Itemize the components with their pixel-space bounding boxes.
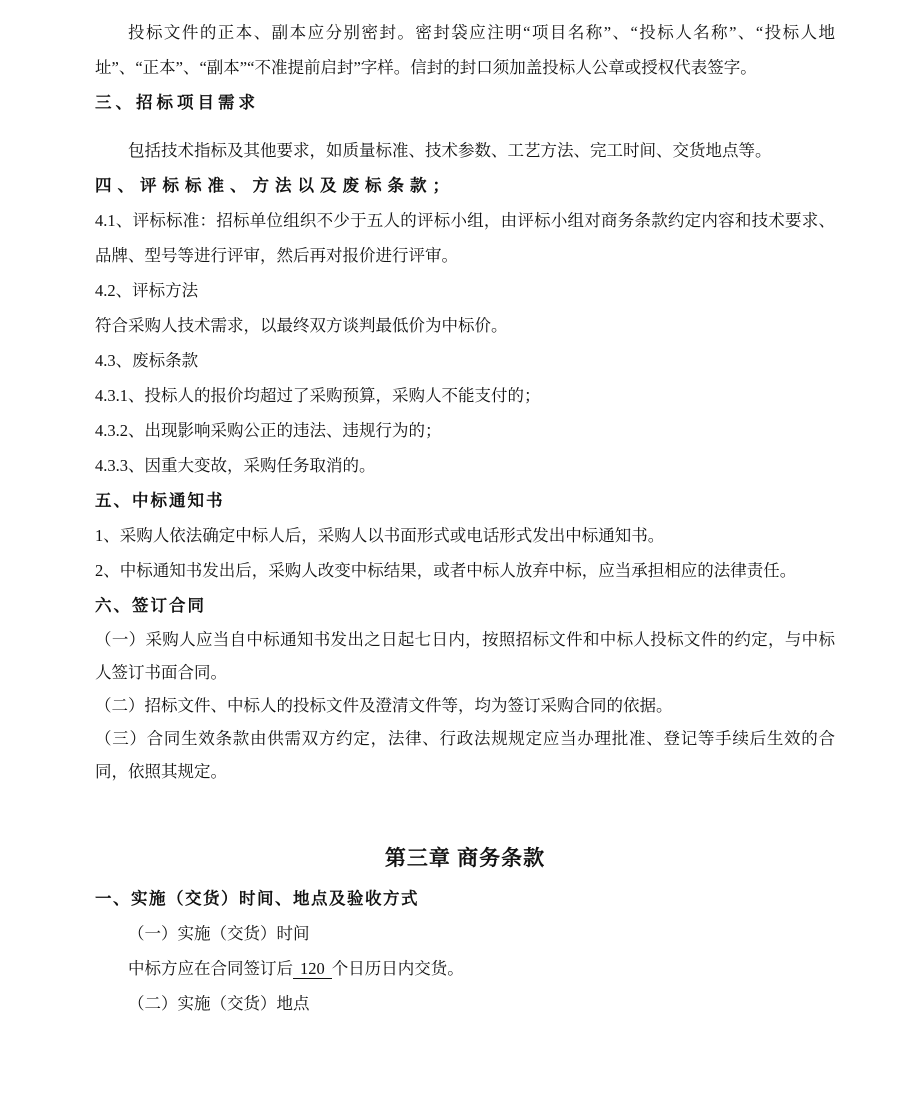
- paragraph-clause-4-3-1: 4.3.1、投标人的报价均超过了采购预算，采购人不能支付的；: [95, 378, 835, 413]
- paragraph-delivery-time-heading: （一）实施（交货）时间: [95, 916, 835, 951]
- paragraph-contract-clause-1: （一）采购人应当自中标通知书发出之日起七日内，按照招标文件和中标人投标文件的约定…: [95, 623, 835, 689]
- paragraph-clause-4-2: 4.2、评标方法: [95, 273, 835, 308]
- paragraph-contract-clause-3: （三）合同生效条款由供需双方约定，法律、行政法规规定应当办理批准、登记等手续后生…: [95, 722, 835, 788]
- paragraph-delivery-time-body: 中标方应在合同签订后120个日历日内交货。: [95, 951, 835, 986]
- paragraph-clause-4-2-body: 符合采购人技术需求，以最终双方谈判最低价为中标价。: [95, 308, 835, 343]
- paragraph-contract-clause-2: （二）招标文件、中标人的投标文件及澄清文件等，均为签订采购合同的依据。: [95, 689, 835, 722]
- document-page: 投标文件的正本、副本应分别密封。密封袋应注明“项目名称”、“投标人名称”、“投标…: [0, 0, 900, 1098]
- paragraph-notice-clause-1: 1、采购人依法确定中标人后，采购人以书面形式或电话形式发出中标通知书。: [95, 518, 835, 553]
- heading-section-3-tender-requirements: 三、招标项目需求: [95, 85, 835, 120]
- paragraph-delivery-place-heading: （二）实施（交货）地点: [95, 986, 835, 1021]
- paragraph-requirements-body: 包括技术指标及其他要求，如质量标准、技术参数、工艺方法、完工时间、交货地点等。: [95, 133, 835, 168]
- delivery-days-value: 120: [293, 959, 332, 979]
- paragraph-clause-4-3-2: 4.3.2、出现影响采购公正的违法、违规行为的；: [95, 413, 835, 448]
- paragraph-sealing-instructions: 投标文件的正本、副本应分别密封。密封袋应注明“项目名称”、“投标人名称”、“投标…: [95, 15, 835, 85]
- delivery-time-text-after: 个日历日内交货。: [332, 959, 464, 978]
- heading-section-5-award-notice: 五、中标通知书: [95, 483, 835, 518]
- heading-section-6-contract-signing: 六、签订合同: [95, 588, 835, 623]
- heading-section-4-evaluation-criteria: 四、评标标准、方法以及废标条款；: [95, 168, 835, 203]
- paragraph-clause-4-3-3: 4.3.3、因重大变故，采购任务取消的。: [95, 448, 835, 483]
- paragraph-clause-4-1: 4.1、评标标准：招标单位组织不少于五人的评标小组，由评标小组对商务条款约定内容…: [95, 203, 835, 273]
- paragraph-notice-clause-2: 2、中标通知书发出后，采购人改变中标结果，或者中标人放弃中标，应当承担相应的法律…: [95, 553, 835, 588]
- delivery-time-text-before: 中标方应在合同签订后: [128, 959, 293, 978]
- paragraph-clause-4-3: 4.3、废标条款: [95, 343, 835, 378]
- heading-delivery-time-place-acceptance: 一、实施（交货）时间、地点及验收方式: [95, 881, 835, 916]
- chapter-heading-business-terms: 第三章 商务条款: [95, 836, 835, 881]
